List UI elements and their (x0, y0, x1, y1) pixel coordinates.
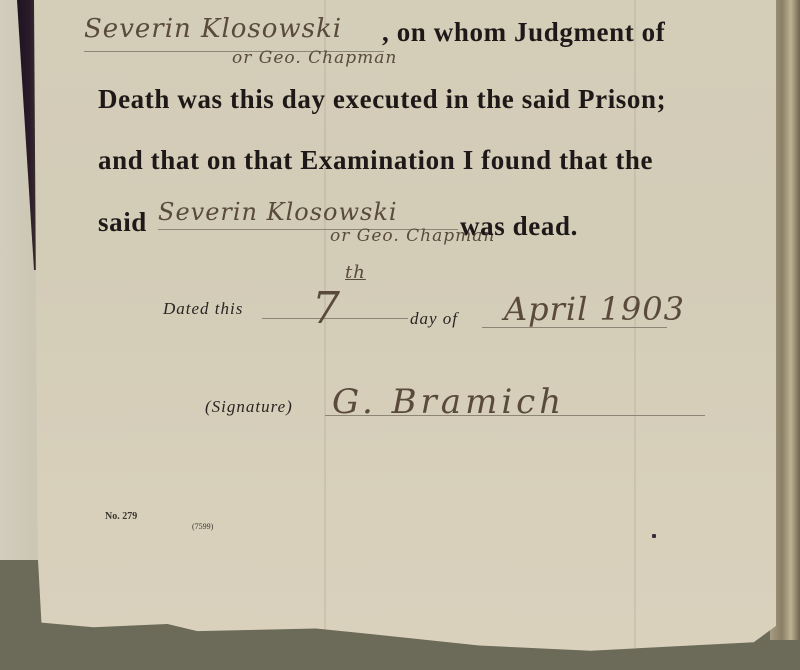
handwritten-day: 7 (312, 283, 341, 334)
form-number: No. 279 (105, 511, 137, 522)
handwritten-day-suffix: th (345, 262, 366, 283)
printed-was-dead: was dead. (460, 211, 578, 242)
printed-line-2: Death was this day executed in the said … (98, 84, 666, 115)
printed-line-3: and that on that Examination I found tha… (98, 145, 653, 176)
handwritten-signature: G. Bramich (332, 382, 565, 422)
handwritten-name-1: Severin Klosowski (84, 14, 342, 44)
signature-label: (Signature) (205, 397, 293, 417)
day-of-label: day of (410, 309, 458, 329)
dated-this-label: Dated this (163, 299, 243, 319)
handwritten-alias-1: or Geo. Chapman (232, 48, 397, 68)
print-code: (7599) (192, 522, 213, 531)
handwritten-name-2: Severin Klosowski (158, 198, 398, 226)
handwritten-month-year: April 1903 (504, 290, 685, 328)
ink-speck (652, 534, 656, 538)
printed-line-1: , on whom Judgment of (382, 17, 665, 48)
printed-said: said (98, 207, 147, 238)
